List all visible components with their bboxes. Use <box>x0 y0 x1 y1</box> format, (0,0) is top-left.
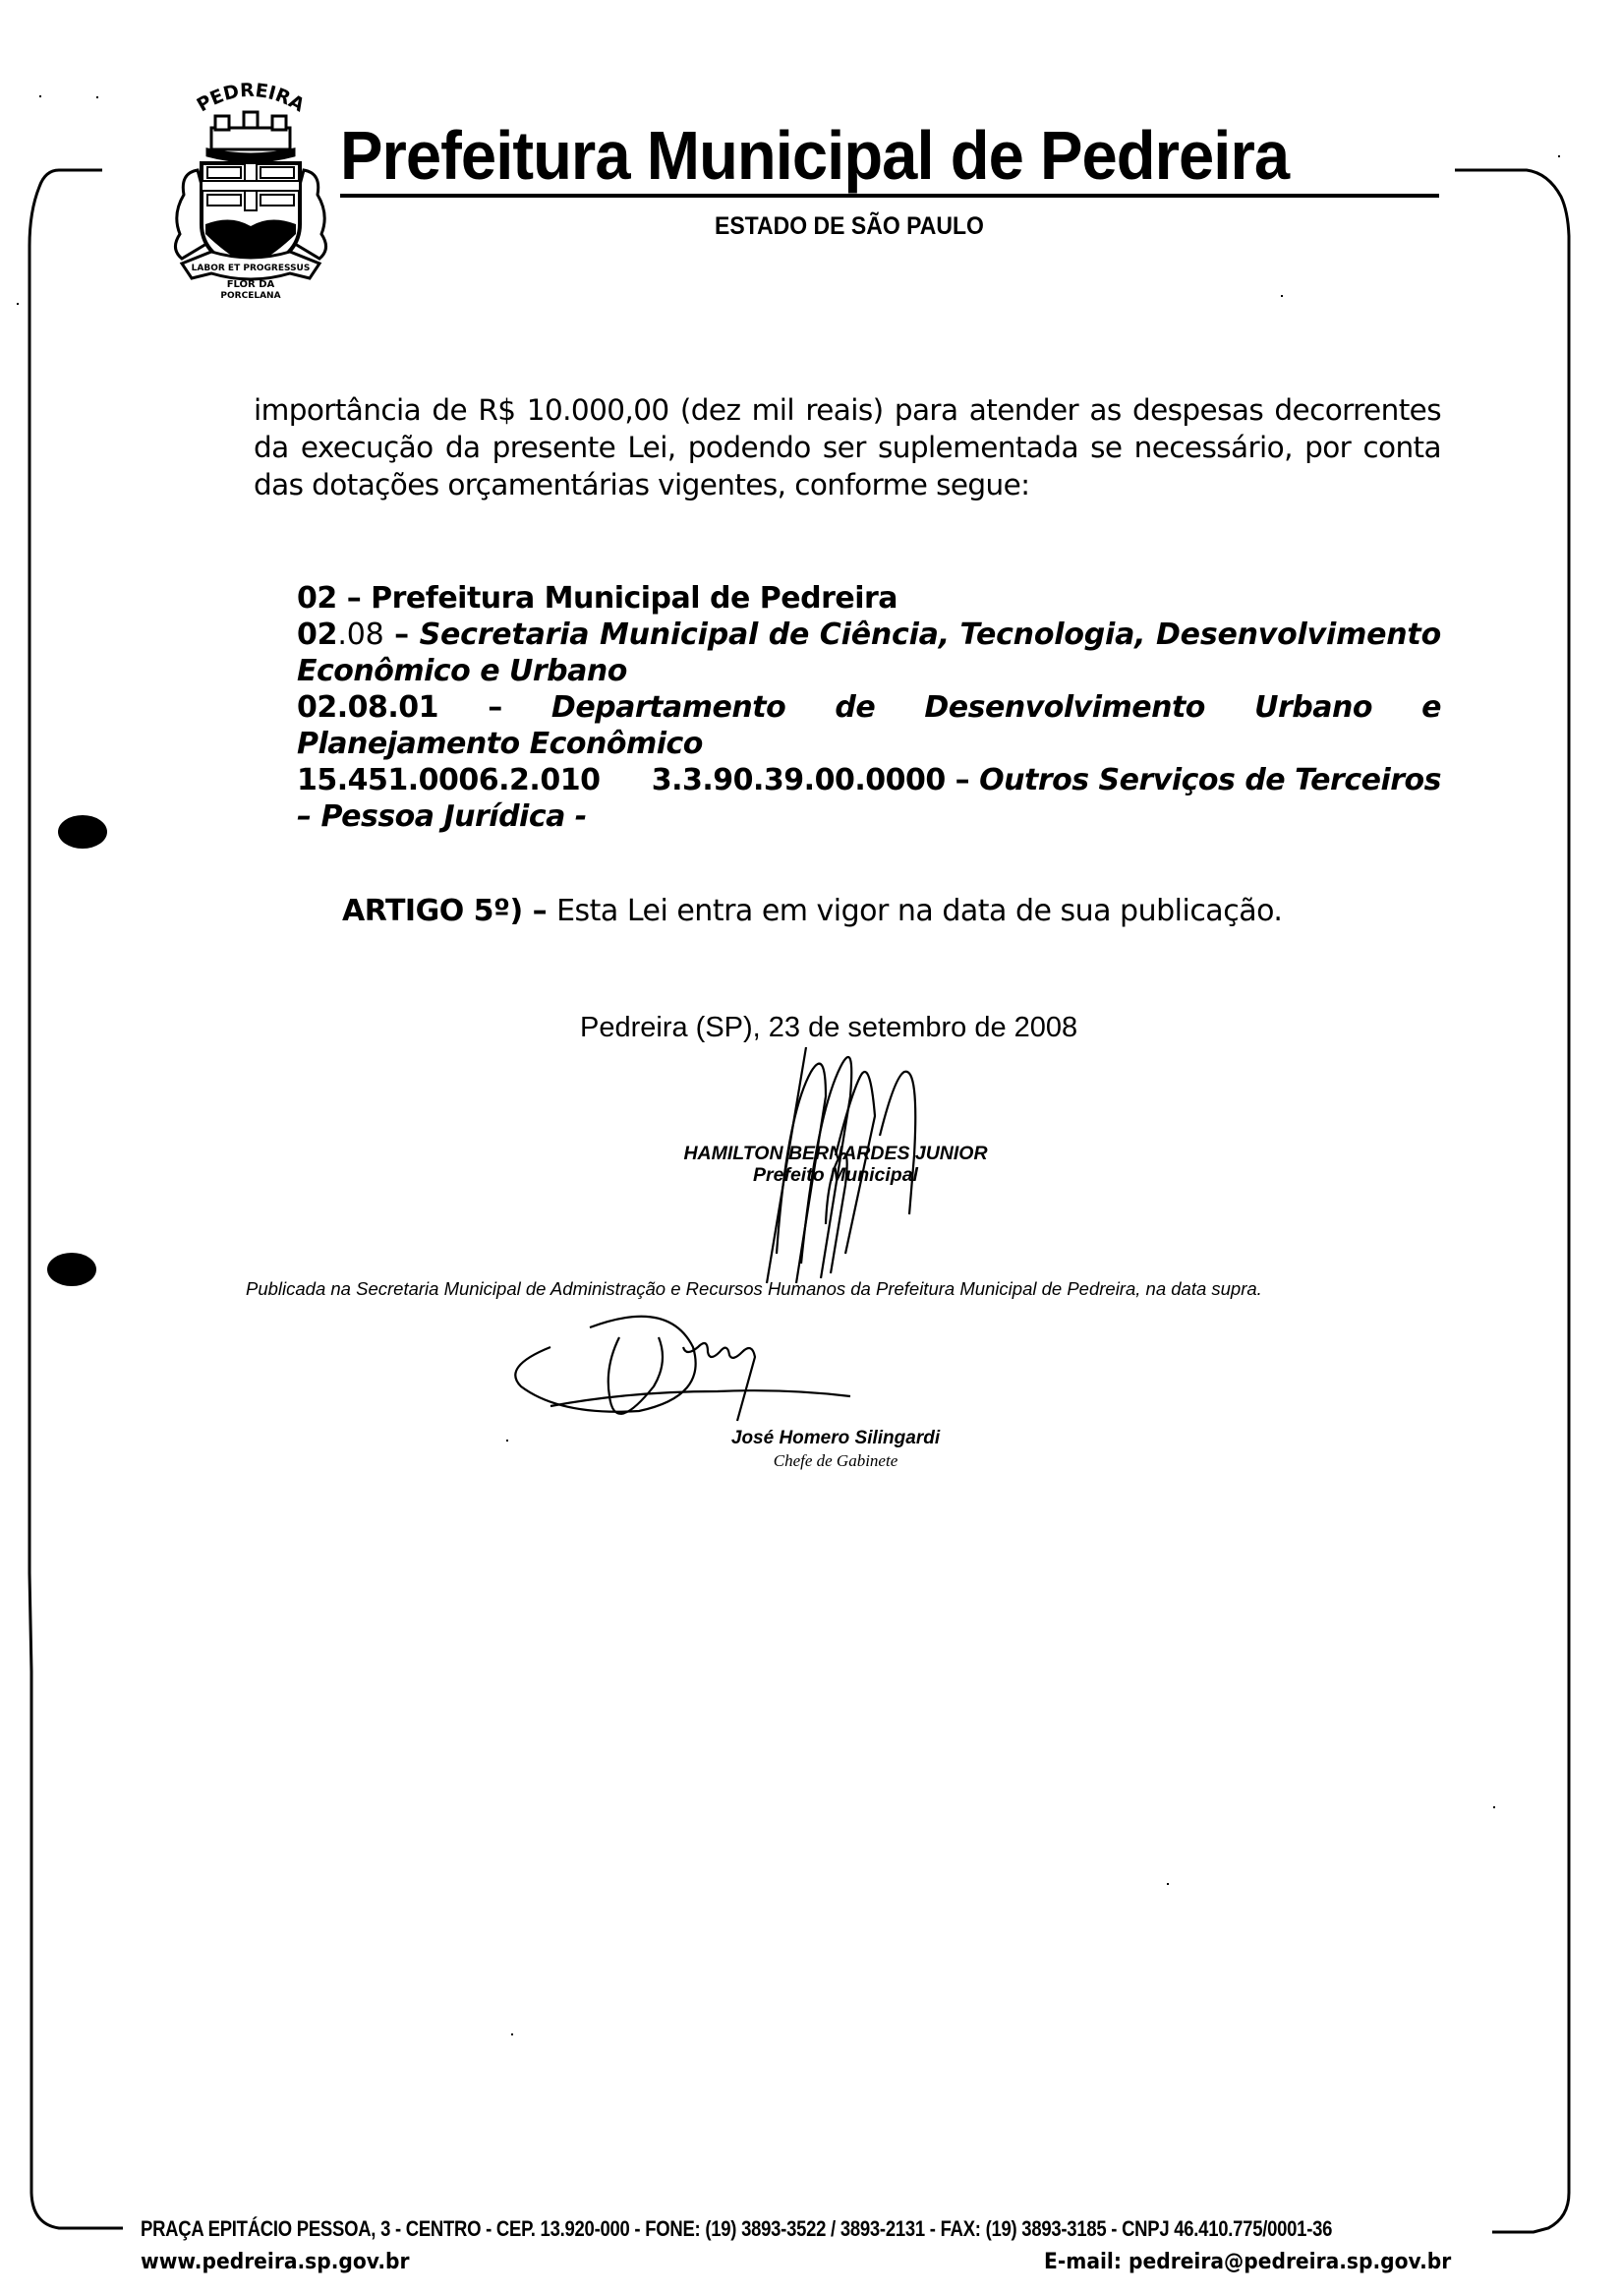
chief-signature-icon <box>413 1308 1101 1436</box>
dateline: Pedreira (SP), 23 de setembro de 2008 <box>580 1011 1111 1044</box>
mayor-name: HAMILTON BERNARDES JUNIOR <box>629 1143 1042 1164</box>
allocation-subunit: 02.08.01 – Departamento de Desenvolvimen… <box>297 689 1441 726</box>
scan-speck <box>1167 1883 1169 1885</box>
svg-text:FLOR DA: FLOR DA <box>227 279 275 290</box>
page-subtitle: ESTADO DE SÃO PAULO <box>715 211 1004 241</box>
paragraph-line: das dotações orçamentárias vigentes, con… <box>254 466 1441 503</box>
email-link[interactable]: pedreira@pedreira.sp.gov.br <box>1129 2250 1451 2274</box>
paragraph-line: importância de R$ 10.000,00 (dez mil rea… <box>254 391 1441 429</box>
page-title: Prefeitura Municipal de Pedreira <box>340 116 1373 195</box>
chief-name: José Homero Silingardi <box>629 1428 1042 1449</box>
paragraph-line: da execução da presente Lei, podendo ser… <box>254 429 1441 466</box>
publication-note: Publicada na Secretaria Municipal de Adm… <box>246 1278 1435 1300</box>
footer-address: PRAÇA EPITÁCIO PESSOA, 3 - CENTRO - CEP.… <box>141 2216 1280 2242</box>
scan-speck <box>96 96 98 98</box>
email-label: E-mail: <box>1044 2250 1122 2274</box>
hole-punch <box>58 815 107 849</box>
scan-speck <box>506 1440 508 1442</box>
website-link[interactable]: www.pedreira.sp.gov.br <box>141 2250 409 2275</box>
allocation-subunit-cont: Planejamento Econômico <box>297 726 1441 762</box>
body-paragraph: importância de R$ 10.000,00 (dez mil rea… <box>254 391 1441 503</box>
allocation-unit-cont: Econômico e Urbano <box>297 653 1441 689</box>
mayor-role: Prefeito Municipal <box>629 1164 1042 1186</box>
scan-speck <box>17 303 19 305</box>
scan-speck <box>1281 295 1283 297</box>
allocation-org: 02 – Prefeitura Municipal de Pedreira <box>297 580 1441 617</box>
title-underline <box>340 194 1439 198</box>
article-5: ARTIGO 5º) – Esta Lei entra em vigor na … <box>342 893 1423 930</box>
chief-role: Chefe de Gabinete <box>629 1451 1042 1471</box>
allocation-expense-cont: – Pessoa Jurídica - <box>297 798 1441 835</box>
svg-text:LABOR ET PROGRESSUS: LABOR ET PROGRESSUS <box>192 264 311 273</box>
scan-speck <box>1558 155 1560 157</box>
email-line: E-mail: pedreira@pedreira.sp.gov.br <box>1044 2250 1451 2275</box>
allocation-expense: 15.451.0006.2.010 3.3.90.39.00.0000 – Ou… <box>297 762 1441 798</box>
svg-text:PORCELANA: PORCELANA <box>220 291 280 298</box>
mayor-signature-block: HAMILTON BERNARDES JUNIOR Prefeito Munic… <box>629 1143 1042 1186</box>
budget-allocation: 02 – Prefeitura Municipal de Pedreira 02… <box>297 580 1441 835</box>
allocation-unit: 02.08 – Secretaria Municipal de Ciência,… <box>297 617 1441 653</box>
coat-of-arms-icon: PEDREIRA LABOR ET PROGRESSUS FLOR DA POR… <box>162 77 339 298</box>
hole-punch <box>47 1253 96 1286</box>
scan-speck <box>511 2033 513 2035</box>
scan-speck <box>39 95 41 97</box>
scan-speck <box>1493 1806 1495 1808</box>
